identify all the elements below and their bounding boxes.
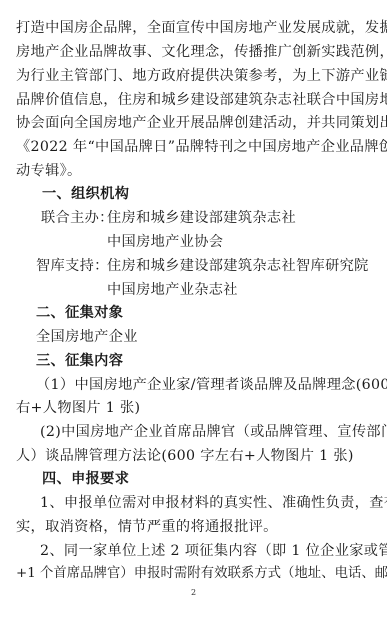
content-item-1-line-1: （1）中国房地产企业家/管理者谈品牌及品牌理念(600 字左: [36, 375, 366, 395]
intro-line-6: 《2022 年“中国品牌日”品牌特刊之中国房地产企业品牌创建活: [16, 137, 372, 157]
think-tank-label: 智库支持：: [36, 256, 109, 276]
co-host-label: 联合主办：: [41, 208, 114, 228]
requirement-2-line-1: 2、同一家单位上述 2 项征集内容（即 1 位企业家或管理者: [40, 541, 387, 561]
intro-line-1: 打造中国房企品牌，全面宣传中国房地产业发展成就，发掘中国: [16, 18, 372, 38]
think-tank-2: 中国房地产业杂志社: [107, 280, 238, 300]
requirement-1-line-1: 1、申报单位需对申报材料的真实性、准确性负责，查有不: [40, 493, 387, 513]
section-heading-organization: 一、组织机构: [42, 184, 387, 204]
intro-line-7: 动专辑》。: [16, 161, 372, 181]
intro-line-2: 房地产企业品牌故事、文化理念，传播推广创新实践范例，进而: [16, 42, 372, 62]
section-heading-content: 三、征集内容: [36, 351, 387, 371]
intro-line-5: 协会面向全国房地产企业开展品牌创建活动，并共同策划出品: [16, 113, 372, 133]
requirement-1-line-2: 实，取消资格，情节严重的将通报批评。: [16, 517, 372, 537]
think-tank-1: 住房和城乡建设部建筑杂志社智库研究院: [107, 256, 369, 276]
page-number: 2: [0, 588, 387, 597]
content-item-2-line-1: (2)中国房地产企业首席品牌官（或品牌管理、宣传部门负责: [40, 422, 387, 442]
target-body: 全国房地产企业: [36, 327, 387, 347]
intro-line-3: 为行业主管部门、地方政府提供决策参考，为上下游产业链提供: [16, 66, 372, 86]
requirement-2-line-2: +1 个首席品牌官）申报时需附有效联系方式（地址、电话、邮箱）: [16, 564, 372, 584]
co-host-1: 住房和城乡建设部建筑杂志社: [107, 208, 296, 228]
co-host-2: 中国房地产业协会: [107, 232, 223, 252]
content-item-1-line-2: 右+人物图片 1 张): [16, 398, 372, 418]
intro-line-4: 品牌价值信息，住房和城乡建设部建筑杂志社联合中国房地产业: [16, 90, 372, 110]
content-item-2-line-2: 人）谈品牌管理方法论(600 字左右+人物图片 1 张): [16, 446, 372, 466]
section-heading-requirements: 四、申报要求: [42, 469, 387, 489]
section-heading-target: 二、征集对象: [36, 303, 387, 323]
